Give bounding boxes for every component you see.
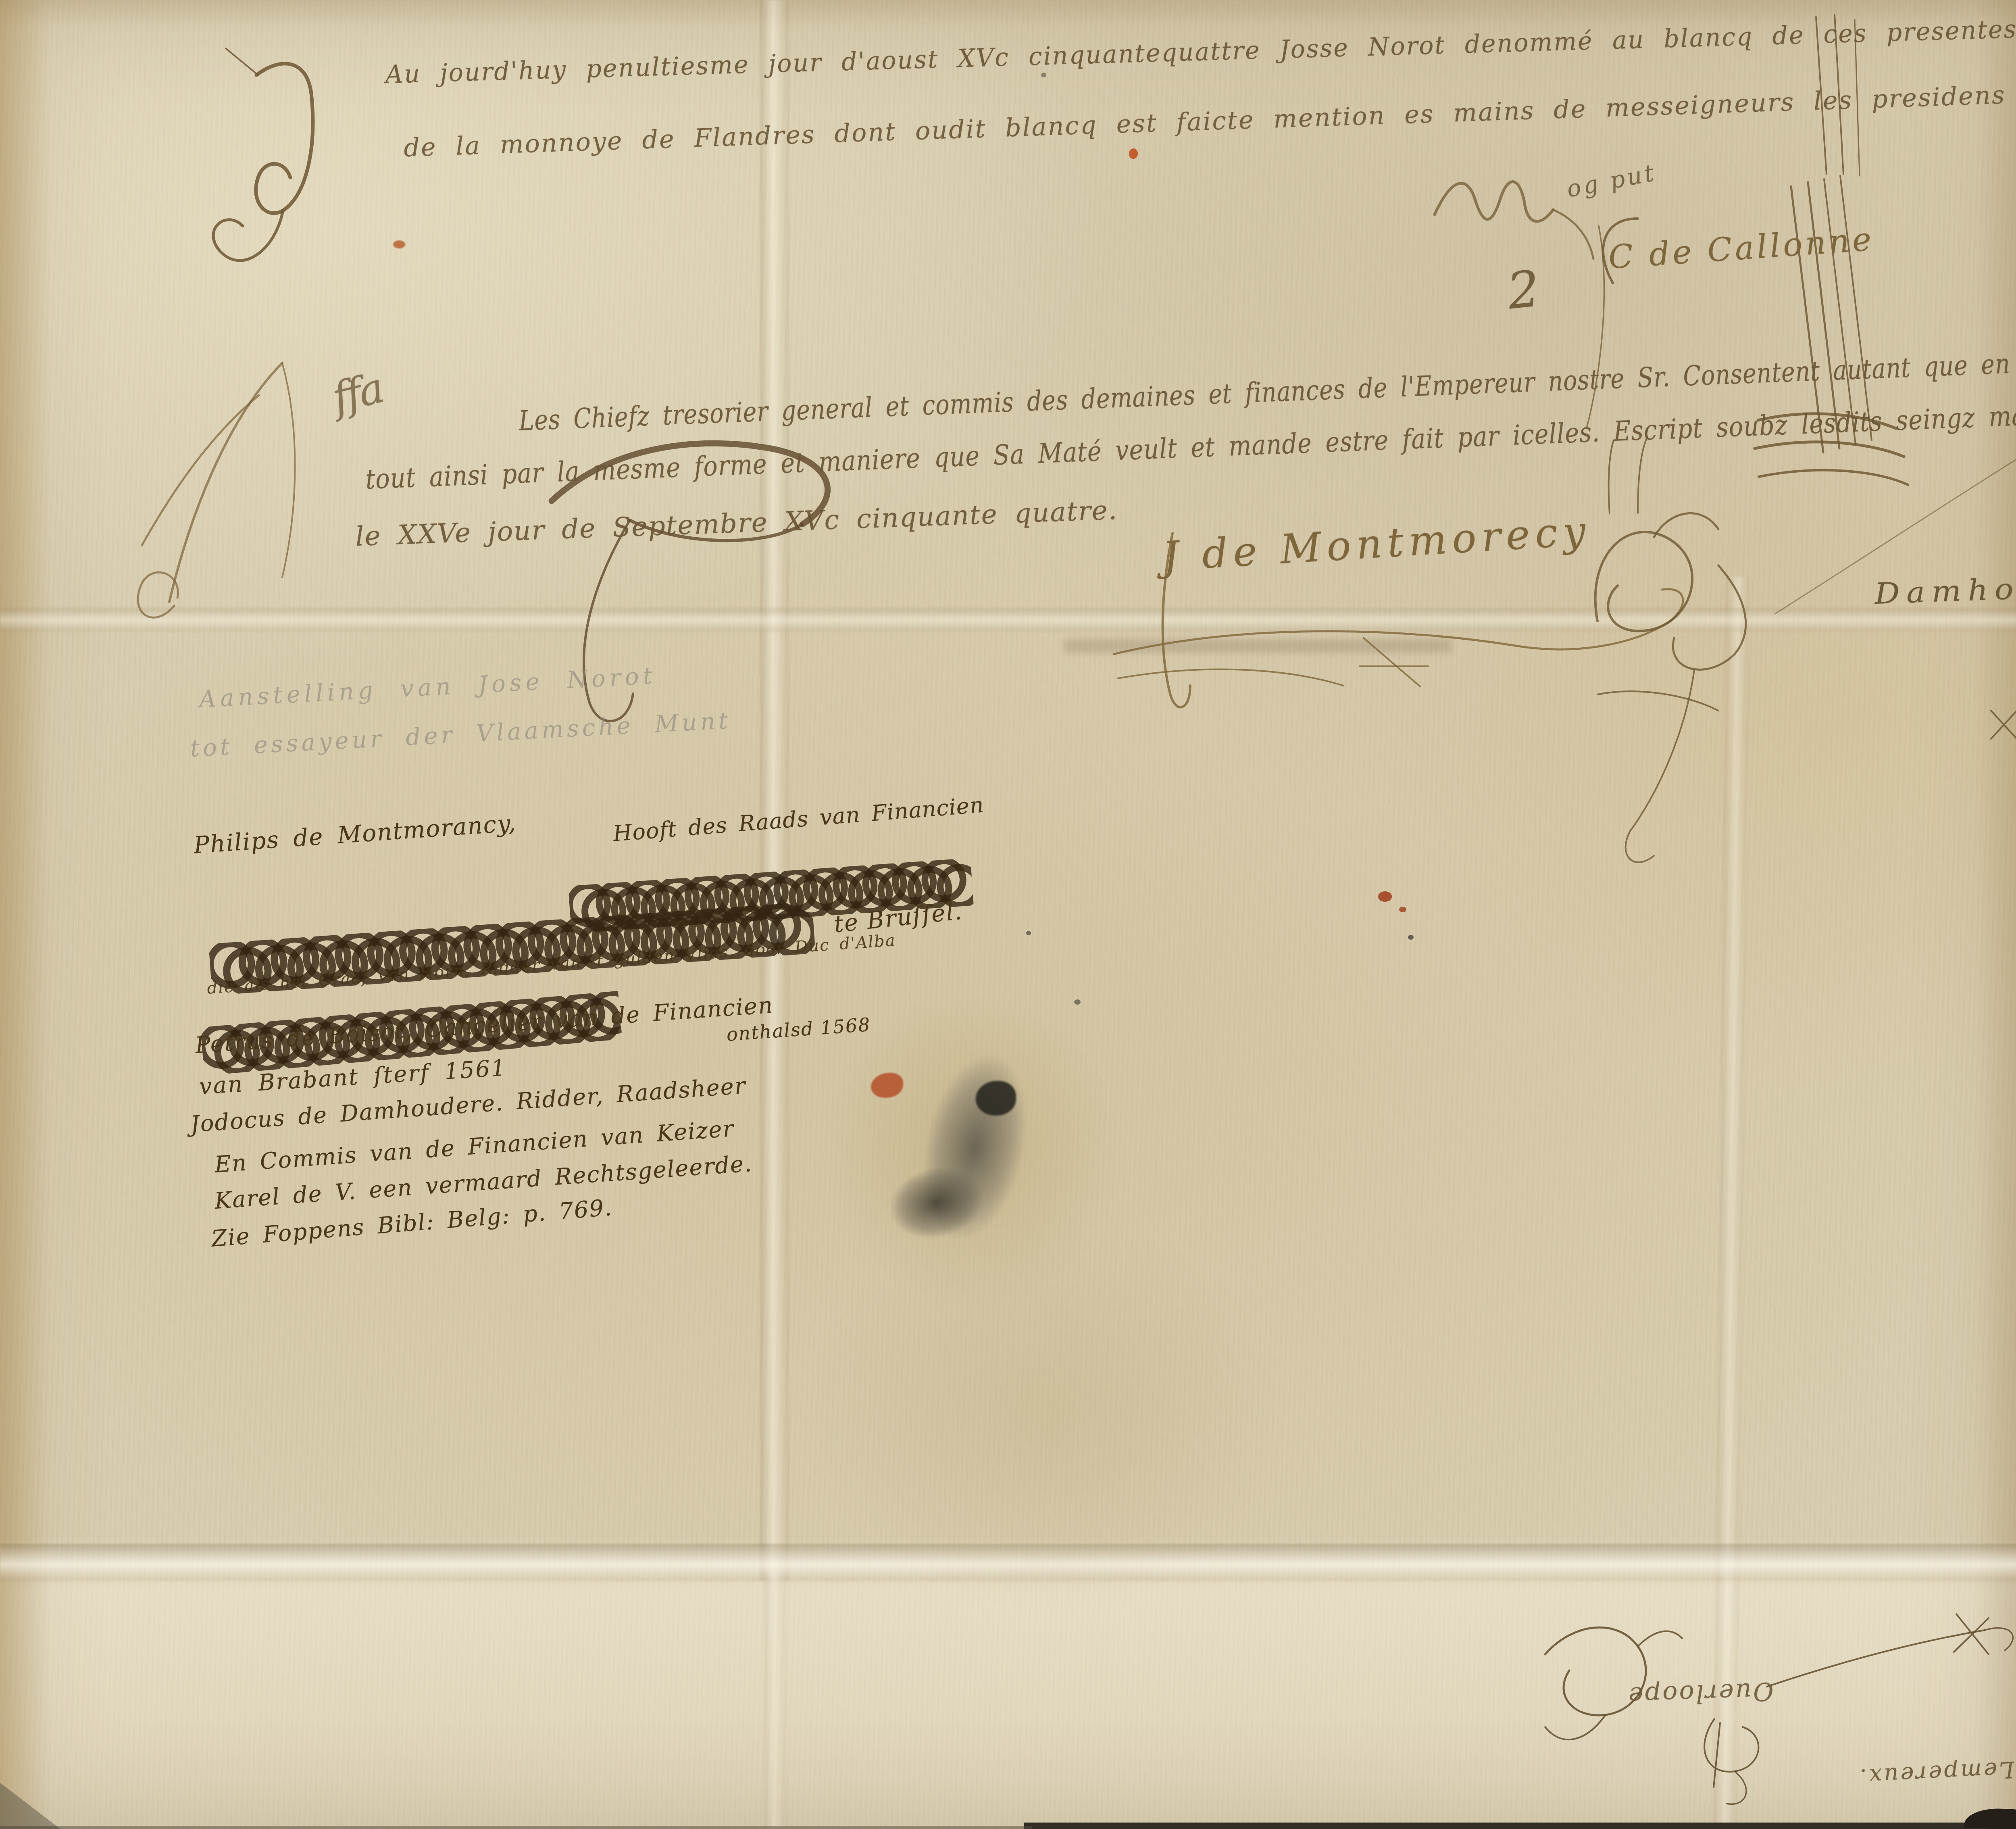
red-dot-2: [393, 240, 405, 248]
flourish-overlay: [0, 0, 2016, 1829]
inverted-docket-word: Ouerloope: [1627, 1677, 1774, 1711]
initial-letter-swash: [213, 48, 313, 261]
inverted-clerk-signature: Mr Lempereux.: [1858, 1753, 2016, 1790]
speck-3: [1074, 999, 1081, 1005]
bottom-edge-backdrop: [1024, 1823, 2016, 1829]
inverted-docket-flourishes: [1545, 1614, 2016, 1829]
fiat-paraph-strokes: [138, 363, 295, 617]
red-dot-1: [1129, 148, 1138, 159]
registry-numeral: 2: [1505, 260, 1543, 321]
horizontal-fold-crease-upper: [0, 608, 2016, 632]
vertical-fold-crease-left: [760, 0, 789, 1581]
water-stain-large: [814, 1226, 1278, 1601]
ink-blot-small: [882, 1157, 991, 1249]
red-dot-3: [1378, 891, 1392, 902]
ink-blot-grey: [907, 1045, 1043, 1251]
damhoudere-cross-paraph: [1991, 487, 2016, 831]
speck-4: [1041, 73, 1046, 77]
consent-line-3: le XXVe jour de Septembre XVc cinquante …: [355, 494, 1118, 552]
red-dot-4: [1399, 907, 1406, 912]
bottom-edge-notch: [1964, 1808, 2016, 1829]
red-stain-spot: [871, 1073, 903, 1098]
boisot-signature-flourish: [1595, 436, 1746, 862]
registry-mark: og put: [1564, 158, 1658, 203]
pencil-note-line-1: Aanstelling van Jose Norot: [198, 662, 657, 713]
note-philips-name: Philips de Montmorancy,: [193, 809, 517, 859]
speck-2: [1026, 931, 1031, 935]
bottom-left-edge-shadow: [0, 1826, 1032, 1829]
vertical-fold-crease-left-lower: [764, 1573, 786, 1829]
fiat-mark: ffa: [327, 363, 387, 423]
callonne-signature: C de Callonne: [1607, 220, 1875, 276]
pencil-note-line-2: tot essayeur der Vlaamsche Munt: [190, 707, 732, 762]
montmorency-signature: J de Montmorecy: [1161, 507, 1592, 580]
ink-blot-core: [976, 1081, 1016, 1116]
parchment-sheet: Au jourd'huy penultiesme jour d'aoust XV…: [0, 0, 2016, 1829]
damhoudere-signature: Damhoudere: [1874, 567, 2016, 611]
vertical-fold-crease-right: [1713, 577, 1750, 1829]
note-philips-title: Hooft des Raads van Financien: [612, 792, 985, 847]
shadow-under-signature-fold: [1064, 639, 1452, 653]
endorsement-line-1: Au jourd'huy penultiesme jour d'aoust XV…: [385, 0, 2016, 89]
stain-halo: [823, 996, 1121, 1303]
bottom-left-corner-shadow: [0, 1775, 60, 1829]
speck-1: [1408, 935, 1414, 940]
horizontal-fold-crease-lower: [0, 1544, 2016, 1581]
